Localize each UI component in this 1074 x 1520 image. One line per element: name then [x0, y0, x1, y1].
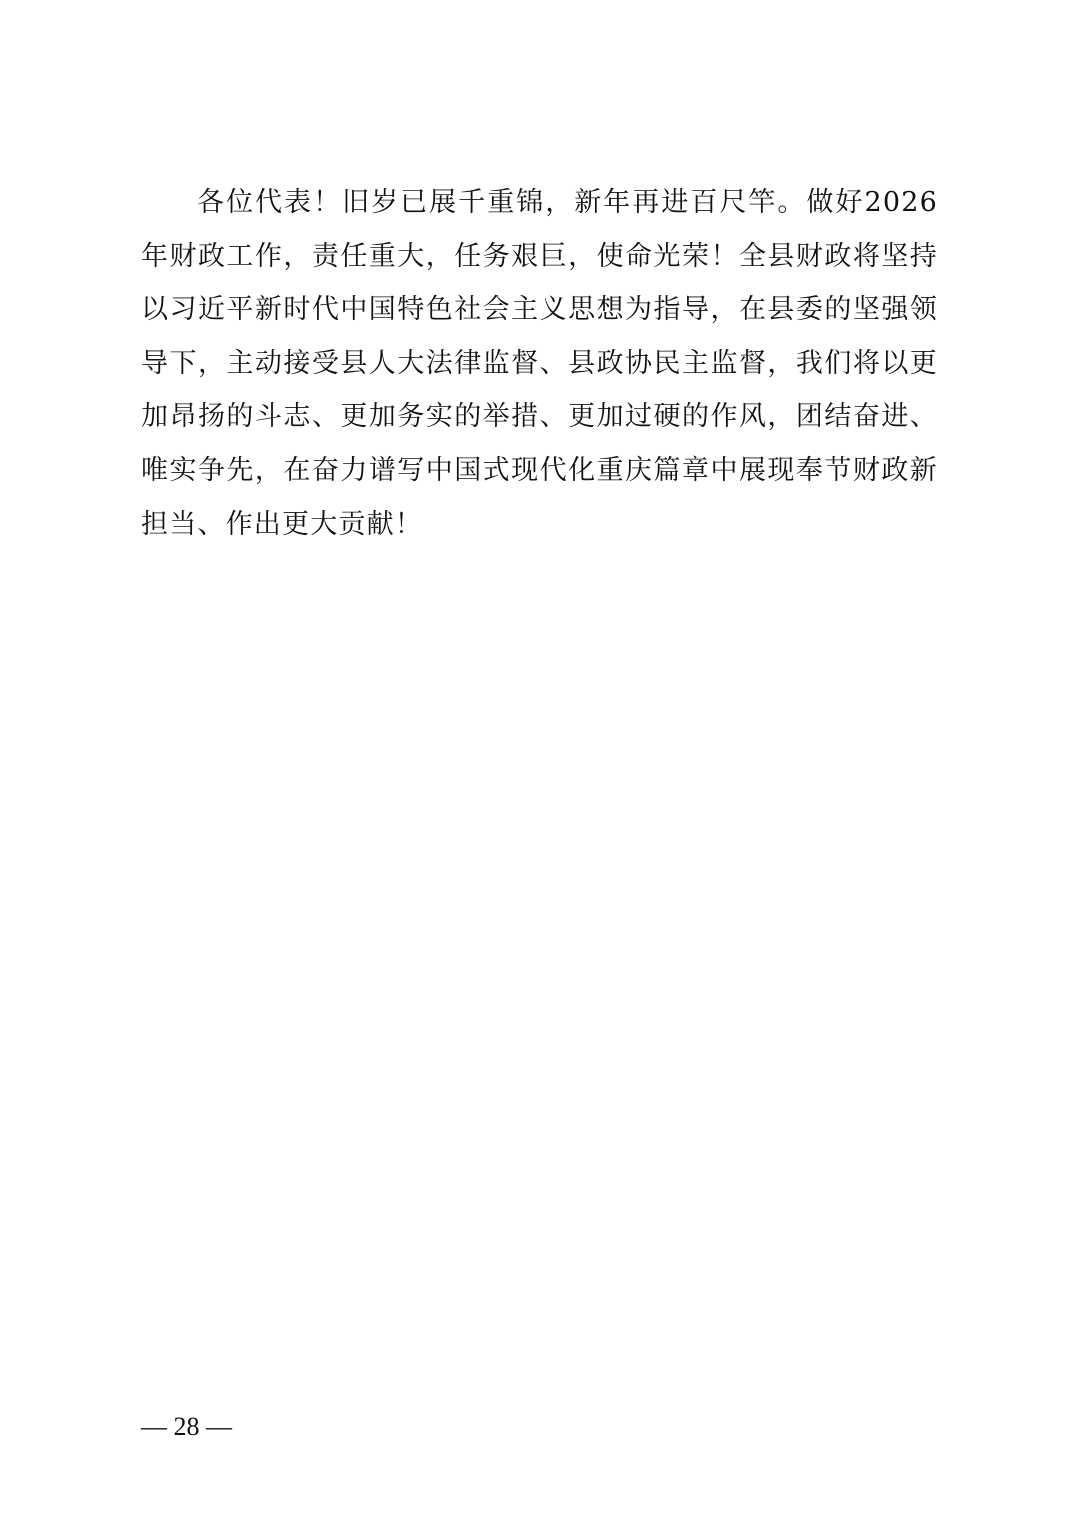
page-number: — 28 —	[141, 1412, 232, 1442]
document-page: 各位代表！旧岁已展千重锦，新年再进百尺竿。做好2026年财政工作，责任重大，任务…	[0, 0, 1074, 1520]
body-paragraph: 各位代表！旧岁已展千重锦，新年再进百尺竿。做好2026年财政工作，责任重大，任务…	[141, 176, 938, 551]
